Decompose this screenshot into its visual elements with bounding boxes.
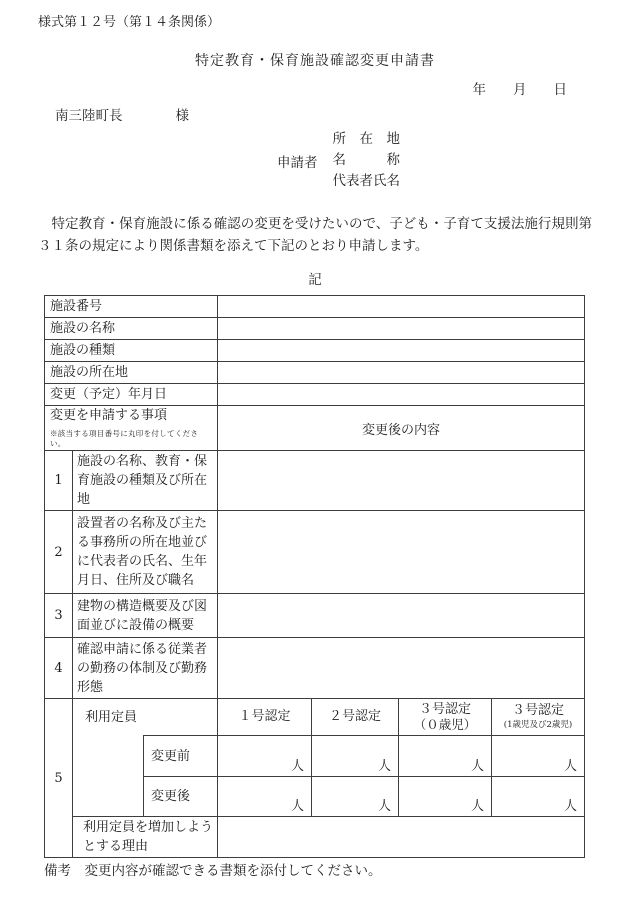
item-2-number: 2 xyxy=(45,511,73,594)
capacity-col-4-header: ３号認定(1歳児及び2歳児) xyxy=(492,699,585,736)
capacity-spacer-cell xyxy=(73,736,144,817)
after-col-3-cell: 人 xyxy=(399,777,492,817)
item-4-content-cell xyxy=(218,638,585,699)
item-1-content-cell xyxy=(218,451,585,511)
table-row-capacity-header: 5 利用定員 １号認定 ２号認定 ３号認定（０歳児） ３号認定(1歳児及び2歳児… xyxy=(45,699,585,736)
capacity-col-1-header: １号認定 xyxy=(218,699,312,736)
applicant-address-label: 所 在 地 xyxy=(333,129,401,150)
document-page: 様式第１２号（第１４条関係） 特定教育・保育施設確認変更申請書 年 月 日 南三… xyxy=(0,0,630,903)
facility-location-value-cell xyxy=(218,362,585,384)
item-2-content-cell xyxy=(218,511,585,594)
table-row-change-items-header: 変更を申請する事項 ※該当する項目番号に丸印を付してください。 変更後の内容 xyxy=(45,406,585,451)
item-4-number: 4 xyxy=(45,638,73,699)
change-items-label: 変更を申請する事項 xyxy=(50,407,213,425)
before-col-4-cell: 人 xyxy=(492,736,585,777)
addressee: 南三陸町長 xyxy=(55,108,123,124)
item-1-number: 1 xyxy=(45,451,73,511)
capacity-reason-label: 利用定員を増加しようとする理由 xyxy=(73,817,218,858)
applicant-block: 申請者 所 在 地 名 称 代表者氏名 xyxy=(277,129,592,192)
capacity-col-1-line1: １号認定 xyxy=(219,709,310,725)
remark-note: 備考 変更内容が確認できる書類を添付してください。 xyxy=(44,862,592,880)
applicant-fields: 所 在 地 名 称 代表者氏名 xyxy=(333,129,401,192)
after-col-2-cell: 人 xyxy=(312,777,399,817)
content-after-change-header: 変更後の内容 xyxy=(218,406,585,451)
change-items-header-cell: 変更を申請する事項 ※該当する項目番号に丸印を付してください。 xyxy=(45,406,218,451)
applicant-name-label: 名 称 xyxy=(333,150,401,171)
capacity-col-2-line1: ２号認定 xyxy=(313,709,397,725)
item-5-number: 5 xyxy=(45,699,73,858)
before-change-label: 変更前 xyxy=(144,736,218,777)
application-table: 施設番号 施設の名称 施設の種類 施設の所在地 変更（予定）年月日 xyxy=(44,295,585,858)
table-row-item-1: 1 施設の名称、教育・保育施設の種類及び所在地 xyxy=(45,451,585,511)
facility-type-value-cell xyxy=(218,340,585,362)
table-row-facility-name: 施設の名称 xyxy=(45,318,585,340)
after-col-1-cell: 人 xyxy=(218,777,312,817)
item-4-label: 確認申請に係る従業者の勤務の体制及び勤務形態 xyxy=(73,638,218,699)
item-3-label: 建物の構造概要及び図面並びに設備の概要 xyxy=(73,594,218,638)
table-row-item-2: 2 設置者の名称及び主たる事務所の所在地並びに代表者の氏名、生年月日、住所及び職… xyxy=(45,511,585,594)
capacity-reason-content-cell xyxy=(218,817,585,858)
applicant-label: 申請者 xyxy=(277,151,318,171)
capacity-col-3-line2: （０歳児） xyxy=(400,718,490,732)
capacity-col-2-header: ２号認定 xyxy=(312,699,399,736)
before-col-2-cell: 人 xyxy=(312,736,399,777)
date-line: 年 月 日 xyxy=(38,81,592,99)
addressee-line: 南三陸町長様 xyxy=(38,107,592,125)
form-number: 様式第１２号（第１４条関係） xyxy=(38,14,592,31)
document-title: 特定教育・保育施設確認変更申請書 xyxy=(38,52,592,70)
applicant-representative-label: 代表者氏名 xyxy=(333,171,401,192)
table-row-capacity-before: 変更前 人 人 人 人 xyxy=(45,736,585,777)
before-col-1-cell: 人 xyxy=(218,736,312,777)
item-1-label: 施設の名称、教育・保育施設の種類及び所在地 xyxy=(73,451,218,511)
change-items-note: ※該当する項目番号に丸印を付してください。 xyxy=(50,429,213,449)
after-change-label: 変更後 xyxy=(144,777,218,817)
table-row-capacity-reason: 利用定員を増加しようとする理由 xyxy=(45,817,585,858)
capacity-col-4-line2: (1歳児及び2歳児) xyxy=(493,719,583,731)
facility-location-label: 施設の所在地 xyxy=(45,362,218,384)
table-row-item-3: 3 建物の構造概要及び図面並びに設備の概要 xyxy=(45,594,585,638)
facility-number-value-cell xyxy=(218,296,585,318)
table-row-item-4: 4 確認申請に係る従業者の勤務の体制及び勤務形態 xyxy=(45,638,585,699)
facility-name-value-cell xyxy=(218,318,585,340)
item-3-number: 3 xyxy=(45,594,73,638)
facility-number-label: 施設番号 xyxy=(45,296,218,318)
change-date-label: 変更（予定）年月日 xyxy=(45,384,218,406)
facility-name-label: 施設の名称 xyxy=(45,318,218,340)
before-col-3-cell: 人 xyxy=(399,736,492,777)
change-date-value-cell xyxy=(218,384,585,406)
table-row-facility-number: 施設番号 xyxy=(45,296,585,318)
item-3-content-cell xyxy=(218,594,585,638)
body-paragraph: 特定教育・保育施設に係る確認の変更を受けたいので、子ども・子育て支援法施行規則第… xyxy=(38,214,592,257)
table-row-change-date: 変更（予定）年月日 xyxy=(45,384,585,406)
after-col-4-cell: 人 xyxy=(492,777,585,817)
record-mark: 記 xyxy=(38,271,592,289)
capacity-col-3-header: ３号認定（０歳児） xyxy=(399,699,492,736)
honorific: 様 xyxy=(176,108,190,124)
item-2-label: 設置者の名称及び主たる事務所の所在地並びに代表者の氏名、生年月日、住所及び職名 xyxy=(73,511,218,594)
table-row-facility-location: 施設の所在地 xyxy=(45,362,585,384)
capacity-label: 利用定員 xyxy=(73,699,218,736)
facility-type-label: 施設の種類 xyxy=(45,340,218,362)
capacity-col-3-line1: ３号認定 xyxy=(400,702,490,718)
capacity-col-4-line1: ３号認定 xyxy=(493,703,583,719)
table-row-facility-type: 施設の種類 xyxy=(45,340,585,362)
